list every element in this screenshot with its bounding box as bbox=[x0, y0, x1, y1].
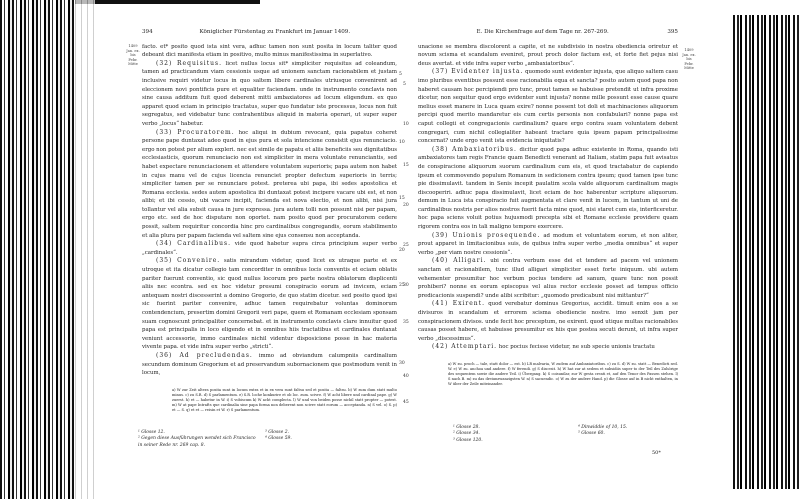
section-head: (33) Procuratorem. bbox=[156, 129, 235, 136]
section-head: (32) Requisitus. bbox=[156, 60, 222, 67]
line-number: 20 bbox=[403, 203, 409, 208]
section-head: (42) Attemptari. bbox=[432, 343, 497, 350]
section-head: (39) Unionis prosequende. bbox=[432, 232, 540, 239]
line-number: 10 bbox=[403, 122, 409, 127]
line-number: 5 bbox=[403, 82, 406, 87]
line-number: 45 bbox=[403, 400, 409, 405]
left-page-gutter-shadow bbox=[75, 0, 95, 499]
line-number: 40 bbox=[403, 374, 409, 379]
paragraph-exirent: (41) Exirent. quod verebatur dominus Gre… bbox=[418, 300, 678, 343]
margin-date-note: 1409 Jan. ex. bis Febr. Mitte bbox=[126, 44, 140, 67]
paragraph-procuratorem: (33) Procuratorem. hoc aliqui in dubium … bbox=[142, 129, 397, 241]
section-head: (41) Exirent. bbox=[432, 300, 485, 307]
line-number: 25 bbox=[403, 243, 409, 248]
source-notes-left-col1: ¹ Glosse 12. ² Gegen diese Ausführungen … bbox=[138, 430, 258, 449]
source-notes-left-col2: ³ Glosse 2. ⁴ Glosse 59. bbox=[265, 430, 355, 443]
section-head: (37) Evidenter injusta. bbox=[432, 68, 523, 75]
section-head: (40) Alligari. bbox=[432, 257, 486, 264]
left-page: 394 Königlicher Fürstentag zu Frankfurt … bbox=[142, 28, 397, 413]
page-number: 395 bbox=[667, 28, 678, 37]
paragraph-cardinalibus: (34) Cardinalibus. vide quod habetur sup… bbox=[142, 240, 397, 257]
critical-apparatus: a) W zu. proch — tale, statt dolor — est… bbox=[418, 362, 678, 387]
signature-mark: 50* bbox=[652, 450, 661, 456]
right-running-head: E. Die Kirchenfrage auf dem Tage nr. 267… bbox=[418, 28, 678, 37]
page-number: 394 bbox=[142, 28, 153, 37]
left-running-head: 394 Königlicher Fürstentag zu Frankfurt … bbox=[142, 28, 397, 37]
section-head: (34) Cardinalibus. bbox=[156, 240, 231, 247]
line-number: 15 bbox=[403, 163, 409, 168]
section-head: (35) Convenire. bbox=[156, 257, 220, 264]
running-title: E. Die Kirchenfrage auf dem Tage nr. 267… bbox=[476, 28, 608, 37]
section-head: (36) Ad precludendas. bbox=[156, 352, 253, 359]
section-head: (38) Ambaxiatoribus. bbox=[432, 146, 517, 153]
paragraph-attemptari: (42) Attemptari. hoc pocius fecisse vide… bbox=[418, 343, 678, 352]
line-number: 5 bbox=[399, 72, 402, 77]
line-number: 20 bbox=[399, 248, 405, 253]
critical-apparatus: a) W zur Zeit altera posita sunt in locu… bbox=[142, 388, 397, 413]
line-number: 30 bbox=[399, 361, 405, 366]
paragraph-convenire: (35) Convenire. satis mirandum videtur, … bbox=[142, 257, 397, 352]
paragraph-requisitus: (32) Requisitus. licet nullus locus sit*… bbox=[142, 60, 397, 129]
margin-date-note: 1409 Jan. ex. bis Febr. Mitte bbox=[682, 48, 696, 71]
paragraph: unacione se membra discolorent a capite,… bbox=[418, 43, 678, 69]
paragraph-alligari: (40) Alligari. ubi contra verbum esse de… bbox=[418, 257, 678, 300]
paragraph-evidenter-injusta: (37) Evidenter injusta. quomodo sunt evi… bbox=[418, 68, 678, 145]
right-page-stack-edge bbox=[730, 15, 800, 489]
paragraph-ad-precludendas: (36) Ad precludendas. immo ad obviandum … bbox=[142, 352, 397, 378]
line-number: 10 bbox=[399, 140, 405, 145]
running-title: Königlicher Fürstentag zu Frankfurt im J… bbox=[200, 28, 351, 37]
line-number: 35 bbox=[403, 320, 409, 325]
source-notes-right-col1: ¹ Glosse 28. ² Glosse 34. ³ Glosse 120. bbox=[453, 425, 573, 444]
left-page-stack-edge bbox=[0, 0, 75, 499]
line-number: 15 bbox=[399, 196, 405, 201]
paragraph: facto. et* posito quod ista sint vera, a… bbox=[142, 43, 397, 60]
paragraph-unionis-prosequende: (39) Unionis prosequende. ad modum et vo… bbox=[418, 232, 678, 258]
paragraph-ambaxiatoribus: (38) Ambaxiatoribus. dicitur quod papa a… bbox=[418, 146, 678, 232]
source-notes-right-col2: ⁴ Dinwiddie of 10, 15. ⁵ Glosse 60. bbox=[578, 425, 678, 438]
line-number: 30 bbox=[403, 283, 409, 288]
right-page: E. Die Kirchenfrage auf dem Tage nr. 267… bbox=[418, 28, 678, 387]
